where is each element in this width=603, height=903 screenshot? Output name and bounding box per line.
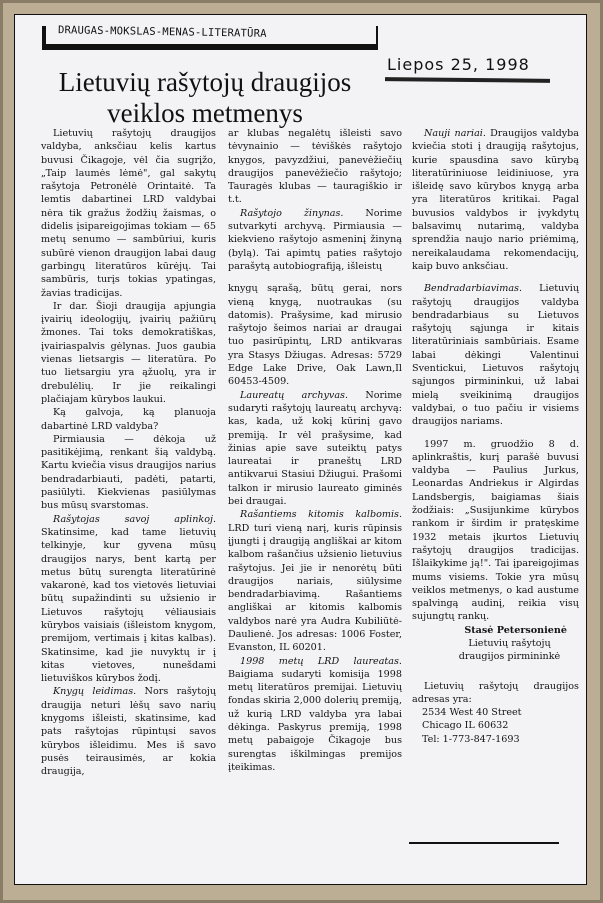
paragraph: knygų sąrašą, būtų gerai, nors vieną kny… bbox=[228, 282, 402, 388]
subheading: Knygų leidimas. bbox=[53, 686, 136, 697]
address-phone: Tel: 1-773-847-1693 bbox=[412, 733, 579, 746]
subheading: Rašytojas savoj aplinkoj. bbox=[53, 514, 216, 525]
paragraph: Laureatų archyvas. Norime sudaryti rašyt… bbox=[228, 389, 402, 509]
article-column-2: ar klubas negalėtų išleisti savo tėvynai… bbox=[228, 127, 402, 774]
address-city: Chicago IL 60632 bbox=[412, 719, 579, 732]
paragraph: Nauji nariai. Draugijos valdyba kviečia … bbox=[412, 127, 579, 273]
spacer bbox=[412, 273, 579, 282]
paragraph-text: Nors rašytojų draugija neturi lėšų savo … bbox=[41, 686, 216, 777]
paragraph: Knygų leidimas. Nors rašytojų draugija n… bbox=[41, 685, 216, 778]
paragraph-text: Draugijos valdyba kviečia stoti į draugi… bbox=[412, 128, 579, 272]
paragraph: Ir dar. Šioji draugija apjungia įvairių … bbox=[41, 300, 216, 406]
handwritten-date: Liepos 25, 1998 bbox=[387, 55, 530, 74]
article-column-1: Lietuvių rašytojų draugijos valdyba, ank… bbox=[41, 127, 216, 779]
paragraph: Rašytojas savoj aplinkoj. Skatinsime, ka… bbox=[41, 513, 216, 686]
date-underline bbox=[385, 77, 550, 83]
author-role-line2: draugijos pirmininkė bbox=[459, 651, 560, 662]
paragraph: Rašytojo žinynas. Norime sutvarkyti arch… bbox=[228, 207, 402, 273]
paragraph-text: Skatinsime, kad tame lietuvių telkinyje,… bbox=[41, 527, 216, 684]
author-role: Lietuvių rašytojų draugijos pirmininkė bbox=[412, 637, 579, 664]
section-label: DRAUGAS-MOKSLAS-MENAS-LITERATŪRA bbox=[58, 24, 267, 40]
paragraph: Ką galvoja, ką planuoja dabartinė LRD va… bbox=[41, 406, 216, 433]
address-street: 2534 West 40 Street bbox=[412, 706, 579, 719]
spacer bbox=[228, 273, 402, 282]
article-title: Lietuvių rašytojų draugijos veiklos metm… bbox=[55, 67, 355, 129]
paragraph: Pirmiausia — dėkoja už pasitikėjimą, ren… bbox=[41, 433, 216, 513]
newspaper-clipping: DRAUGAS-MOKSLAS-MENAS-LITERATŪRA Liepos … bbox=[14, 14, 587, 885]
end-rule-divider bbox=[409, 842, 559, 844]
spacer bbox=[412, 429, 579, 438]
address-intro: Lietuvių rašytojų draugijos adresas yra: bbox=[412, 680, 579, 707]
paragraph: ar klubas negalėtų išleisti savo tėvynai… bbox=[228, 127, 402, 207]
paragraph-text: LRD turi vieną narį, kuris rūpinsis įjun… bbox=[228, 523, 402, 654]
author-role-line1: Lietuvių rašytojų bbox=[468, 638, 550, 649]
paragraph-text: Norime sudaryti rašytojų laureatų archyv… bbox=[228, 390, 402, 507]
subheading: Bendradarbiavimas. bbox=[424, 283, 522, 294]
paragraph-text: Baigiama sudaryti komisija 1998 metų lit… bbox=[228, 669, 402, 773]
paragraph-text: Lietuvių rašytojų draugijos valdyba bend… bbox=[412, 283, 579, 427]
paragraph: Rašantiems kitomis kalbomis. LRD turi vi… bbox=[228, 508, 402, 654]
paragraph: Bendradarbiavimas. Lietuvių rašytojų dra… bbox=[412, 282, 579, 428]
author-name: Stasė Petersonienė bbox=[412, 624, 579, 637]
subheading: Nauji nariai. bbox=[424, 128, 486, 139]
article-column-3: Nauji nariai. Draugijos valdyba kviečia … bbox=[412, 127, 579, 746]
paragraph: 1998 metų LRD laureatas. Baigiama sudary… bbox=[228, 655, 402, 775]
contact-address: Lietuvių rašytojų draugijos adresas yra:… bbox=[412, 680, 579, 746]
subheading: Laureatų archyvas. bbox=[240, 390, 348, 401]
subheading: Rašantiems kitomis kalbomis. bbox=[240, 509, 402, 520]
paragraph: 1997 m. gruodžio 8 d. aplinkraštis, kurį… bbox=[412, 438, 579, 624]
section-label-box: DRAUGAS-MOKSLAS-MENAS-LITERATŪRA bbox=[42, 26, 378, 50]
paragraph: Lietuvių rašytojų draugijos valdyba, ank… bbox=[41, 127, 216, 300]
subheading: 1998 metų LRD laureatas. bbox=[240, 656, 402, 667]
subheading: Rašytojo žinynas. bbox=[240, 208, 343, 219]
